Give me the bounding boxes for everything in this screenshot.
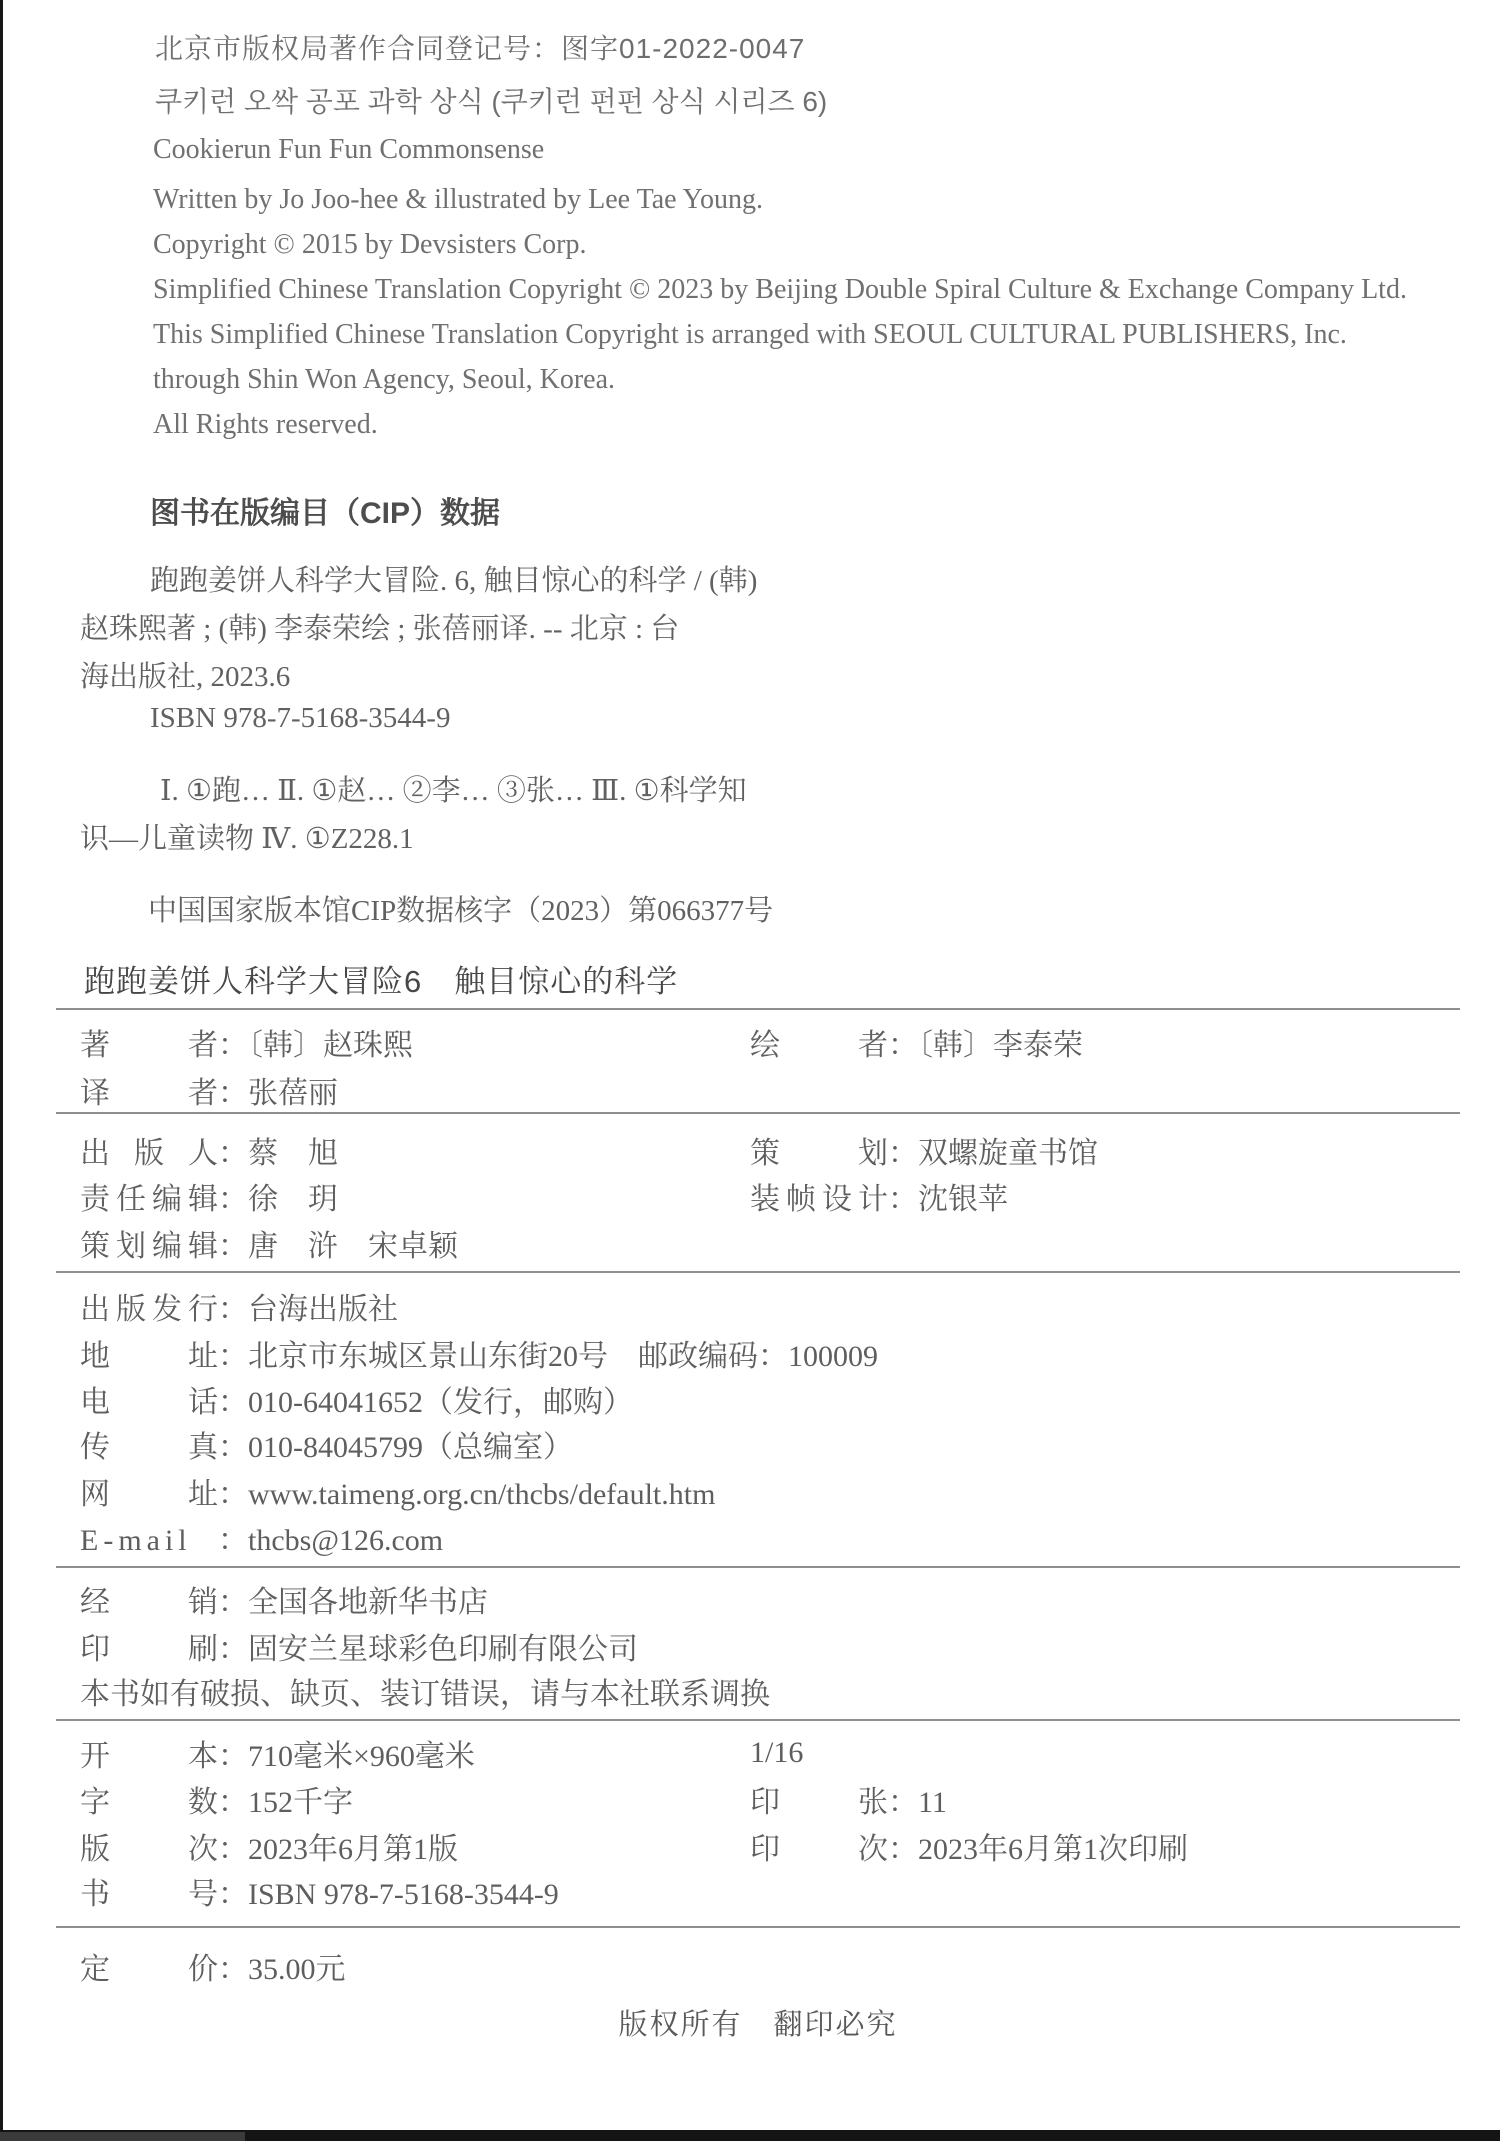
scan-edge-bottom-light [0,2132,245,2141]
table-row: 版次：2023年6月第1版 印次：2023年6月第1次印刷 [80,1823,1444,1869]
field-value: ISBN 978-7-5168-3544-9 [248,1878,559,1911]
table-row: E-mail：thcbs@126.com [80,1514,1444,1560]
field-label: 策划编辑 [80,1221,218,1265]
colon: ： [218,1740,248,1773]
copyright-line: All Rights reserved. [153,409,378,441]
colon: ： [218,1786,248,1819]
table-row: 印刷：固安兰星球彩色印刷有限公司 [80,1623,1444,1669]
colon: ： [218,1340,248,1373]
cip-line: 海出版社, 2023.6 [80,654,290,695]
cip-isbn: ISBN 978-7-5168-3544-9 [150,702,450,735]
divider [56,1926,1460,1928]
table-row: 字数：152千字 印张：11 [80,1776,1444,1822]
field-label: 传真 [80,1422,218,1466]
english-title: Cookierun Fun Fun Commonsense [153,134,544,166]
colon: ： [218,1386,248,1419]
field-value: 〔韩〕赵珠熙 [248,1029,413,1062]
publisher-person-field: 出版人：蔡 旭 [80,1128,750,1172]
field-value: 010-64041652（发行，邮购） [248,1386,633,1419]
word-count-field: 字数：152千字 [80,1777,750,1821]
copyright-page: 北京市版权局著作合同登记号：图字01-2022-0047 쿠키런 오싹 공포 과… [0,0,1500,2141]
field-label: 版次 [80,1824,218,1868]
field-value: 台海出版社 [248,1293,398,1326]
website-field: 网址：www.taimeng.org.cn/thcbs/default.htm [80,1469,750,1513]
field-label: 经销 [80,1577,218,1621]
colon: ： [218,1137,248,1170]
field-label: 书号 [80,1869,218,1913]
copyright-line: This Simplified Chinese Translation Copy… [153,319,1347,351]
table-row: 经销：全国各地新华书店 [80,1576,1444,1622]
sheets-field: 印张：11 [750,1777,1444,1821]
author-field: 著者：〔韩〕赵珠熙 [80,1020,750,1064]
table-row: 出版发行：台海出版社 [80,1283,1444,1329]
colon: ： [218,1633,248,1666]
cip-line: 跑跑姜饼人科学大冒险. 6, 触目惊心的科学 / (韩) [150,558,757,599]
colon: ： [218,1077,248,1110]
divider [56,1719,1460,1721]
colon: ： [218,1029,248,1062]
field-value: 710毫米×960毫米 [248,1740,475,1773]
field-label: 策划 [750,1128,888,1172]
field-value: 张蓓丽 [248,1077,338,1110]
field-label: 定价 [80,1944,218,1988]
phone-field: 电话：010-64041652（发行，邮购） [80,1377,750,1421]
colon: ： [218,1586,248,1619]
printing-field: 印刷：固安兰星球彩色印刷有限公司 [80,1624,750,1668]
field-label: 译者 [80,1068,218,1112]
damage-notice: 本书如有破损、缺页、装订错误，请与本社联系调换 [80,1669,770,1713]
chief-editor-field: 责任编辑：徐 玥 [80,1174,750,1218]
distribution-field: 经销：全国各地新华书店 [80,1577,750,1621]
colon: ： [218,1878,248,1911]
colon: ： [218,1183,248,1216]
field-label: 开本 [80,1731,218,1775]
cip-registry-line: 中国国家版本馆CIP数据核字（2023）第066377号 [148,888,773,929]
table-row: 责任编辑：徐 玥 装帧设计：沈银苹 [80,1173,1444,1219]
field-value: 1/16 [750,1736,803,1769]
field-label: 著者 [80,1020,218,1064]
field-label: 印刷 [80,1624,218,1668]
field-value: www.taimeng.org.cn/thcbs/default.htm [248,1478,715,1511]
field-value: 北京市东城区景山东街20号 邮政编码：100009 [248,1340,878,1373]
colon: ： [218,1230,248,1263]
table-row: 定价：35.00元 [80,1943,1444,1989]
cip-line: 赵珠熙著 ; (韩) 李泰荣绘 ; 张蓓丽译. -- 北京 : 台 [80,606,679,647]
field-value: 2023年6月第1版 [248,1833,458,1866]
divider [56,1271,1460,1273]
colon: ： [218,1833,248,1866]
field-value: 沈银苹 [918,1183,1008,1216]
field-value: 双螺旋童书馆 [918,1137,1098,1170]
colon: ： [888,1137,918,1170]
impression-field: 印次：2023年6月第1次印刷 [750,1824,1444,1868]
colon: ： [218,1478,248,1511]
field-label: 网址 [80,1469,218,1513]
field-value: 〔韩〕李泰荣 [918,1029,1083,1062]
price-field: 定价：35.00元 [80,1944,750,1988]
field-label: 责任编辑 [80,1174,218,1218]
copyright-line: through Shin Won Agency, Seoul, Korea. [153,364,615,396]
scan-edge-left [0,0,3,2141]
table-row: 出版人：蔡 旭 策划：双螺旋童书馆 [80,1127,1444,1173]
design-field: 装帧设计：沈银苹 [750,1174,1444,1218]
field-label: 印次 [750,1824,888,1868]
field-value: 010-84045799（总编室） [248,1431,573,1464]
planning-field: 策划：双螺旋童书馆 [750,1128,1444,1172]
format-fraction: 1/16 [750,1736,1444,1770]
field-label: 印张 [750,1777,888,1821]
colon: ： [218,1431,248,1464]
publisher-field: 出版发行：台海出版社 [80,1284,750,1328]
field-label: 地址 [80,1331,218,1375]
copyright-line: Simplified Chinese Translation Copyright… [153,274,1407,306]
table-row: 书号：ISBN 978-7-5168-3544-9 [80,1868,1444,1914]
book-number-field: 书号：ISBN 978-7-5168-3544-9 [80,1869,750,1913]
field-value: 全国各地新华书店 [248,1586,488,1619]
planning-editors-field: 策划编辑：唐 浒 宋卓颖 [80,1221,750,1265]
field-label: 出版发行 [80,1284,218,1328]
copyright-line: Copyright © 2015 by Devsisters Corp. [153,229,586,261]
field-value: 11 [918,1786,947,1819]
book-title: 跑跑姜饼人科学大冒险6 触目惊心的科学 [84,956,678,1001]
field-label: E-mail [80,1524,218,1558]
field-value: 35.00元 [248,1953,346,1986]
address-field: 地址：北京市东城区景山东街20号 邮政编码：100009 [80,1331,750,1375]
field-label: 绘者 [750,1020,888,1064]
cip-classification-line: 识—儿童读物 Ⅳ. ①Z228.1 [80,816,414,857]
colon: ： [888,1833,918,1866]
field-value: 152千字 [248,1786,353,1819]
table-row: 地址：北京市东城区景山东街20号 邮政编码：100009 [80,1330,1444,1376]
field-value: thcbs@126.com [248,1524,443,1557]
table-row: 策划编辑：唐 浒 宋卓颖 [80,1220,1444,1266]
copyright-reserved-notice: 版权所有 翻印必究 [56,2002,1460,2043]
field-value: 蔡 旭 [248,1137,338,1170]
edition-field: 版次：2023年6月第1版 [80,1824,750,1868]
copyright-line: Written by Jo Joo-hee & illustrated by L… [153,184,763,216]
colon: ： [888,1029,918,1062]
table-row: 著者：〔韩〕赵珠熙 绘者：〔韩〕李泰荣 [80,1019,1444,1065]
email-field: E-mail：thcbs@126.com [80,1515,750,1559]
format-field: 开本：710毫米×960毫米 [80,1731,750,1775]
divider [56,1008,1460,1010]
colon: ： [888,1183,918,1216]
field-label: 电话 [80,1377,218,1421]
colon: ： [218,1293,248,1326]
korean-title: 쿠키런 오싹 공포 과학 상식 (쿠키런 펀펀 상식 시리즈 6) [155,80,827,120]
field-label: 出版人 [80,1128,218,1172]
colon: ： [888,1786,918,1819]
colon: ： [218,1524,248,1557]
table-row: 译者：张蓓丽 [80,1067,1444,1113]
divider [56,1112,1460,1114]
field-label: 字数 [80,1777,218,1821]
field-value: 徐 玥 [248,1183,338,1216]
table-row: 电话：010-64041652（发行，邮购） [80,1376,1444,1422]
field-label: 装帧设计 [750,1174,888,1218]
table-row: 网址：www.taimeng.org.cn/thcbs/default.htm [80,1468,1444,1514]
table-row: 本书如有破损、缺页、装订错误，请与本社联系调换 [80,1668,1444,1714]
field-value: 唐 浒 宋卓颖 [248,1230,458,1263]
colon: ： [218,1953,248,1986]
table-row: 开本：710毫米×960毫米 1/16 [80,1730,1444,1776]
cip-heading: 图书在版编目（CIP）数据 [150,488,500,532]
translator-field: 译者：张蓓丽 [80,1068,750,1112]
registration-number-line: 北京市版权局著作合同登记号：图字01-2022-0047 [155,27,805,67]
table-row: 传真：010-84045799（总编室） [80,1421,1444,1467]
fax-field: 传真：010-84045799（总编室） [80,1422,750,1466]
divider [56,1566,1460,1568]
illustrator-field: 绘者：〔韩〕李泰荣 [750,1020,1444,1064]
cip-classification-line: Ⅰ. ①跑… Ⅱ. ①赵… ②李… ③张… Ⅲ. ①科学知 [160,768,747,809]
field-value: 2023年6月第1次印刷 [918,1833,1188,1866]
field-value: 固安兰星球彩色印刷有限公司 [248,1633,638,1666]
